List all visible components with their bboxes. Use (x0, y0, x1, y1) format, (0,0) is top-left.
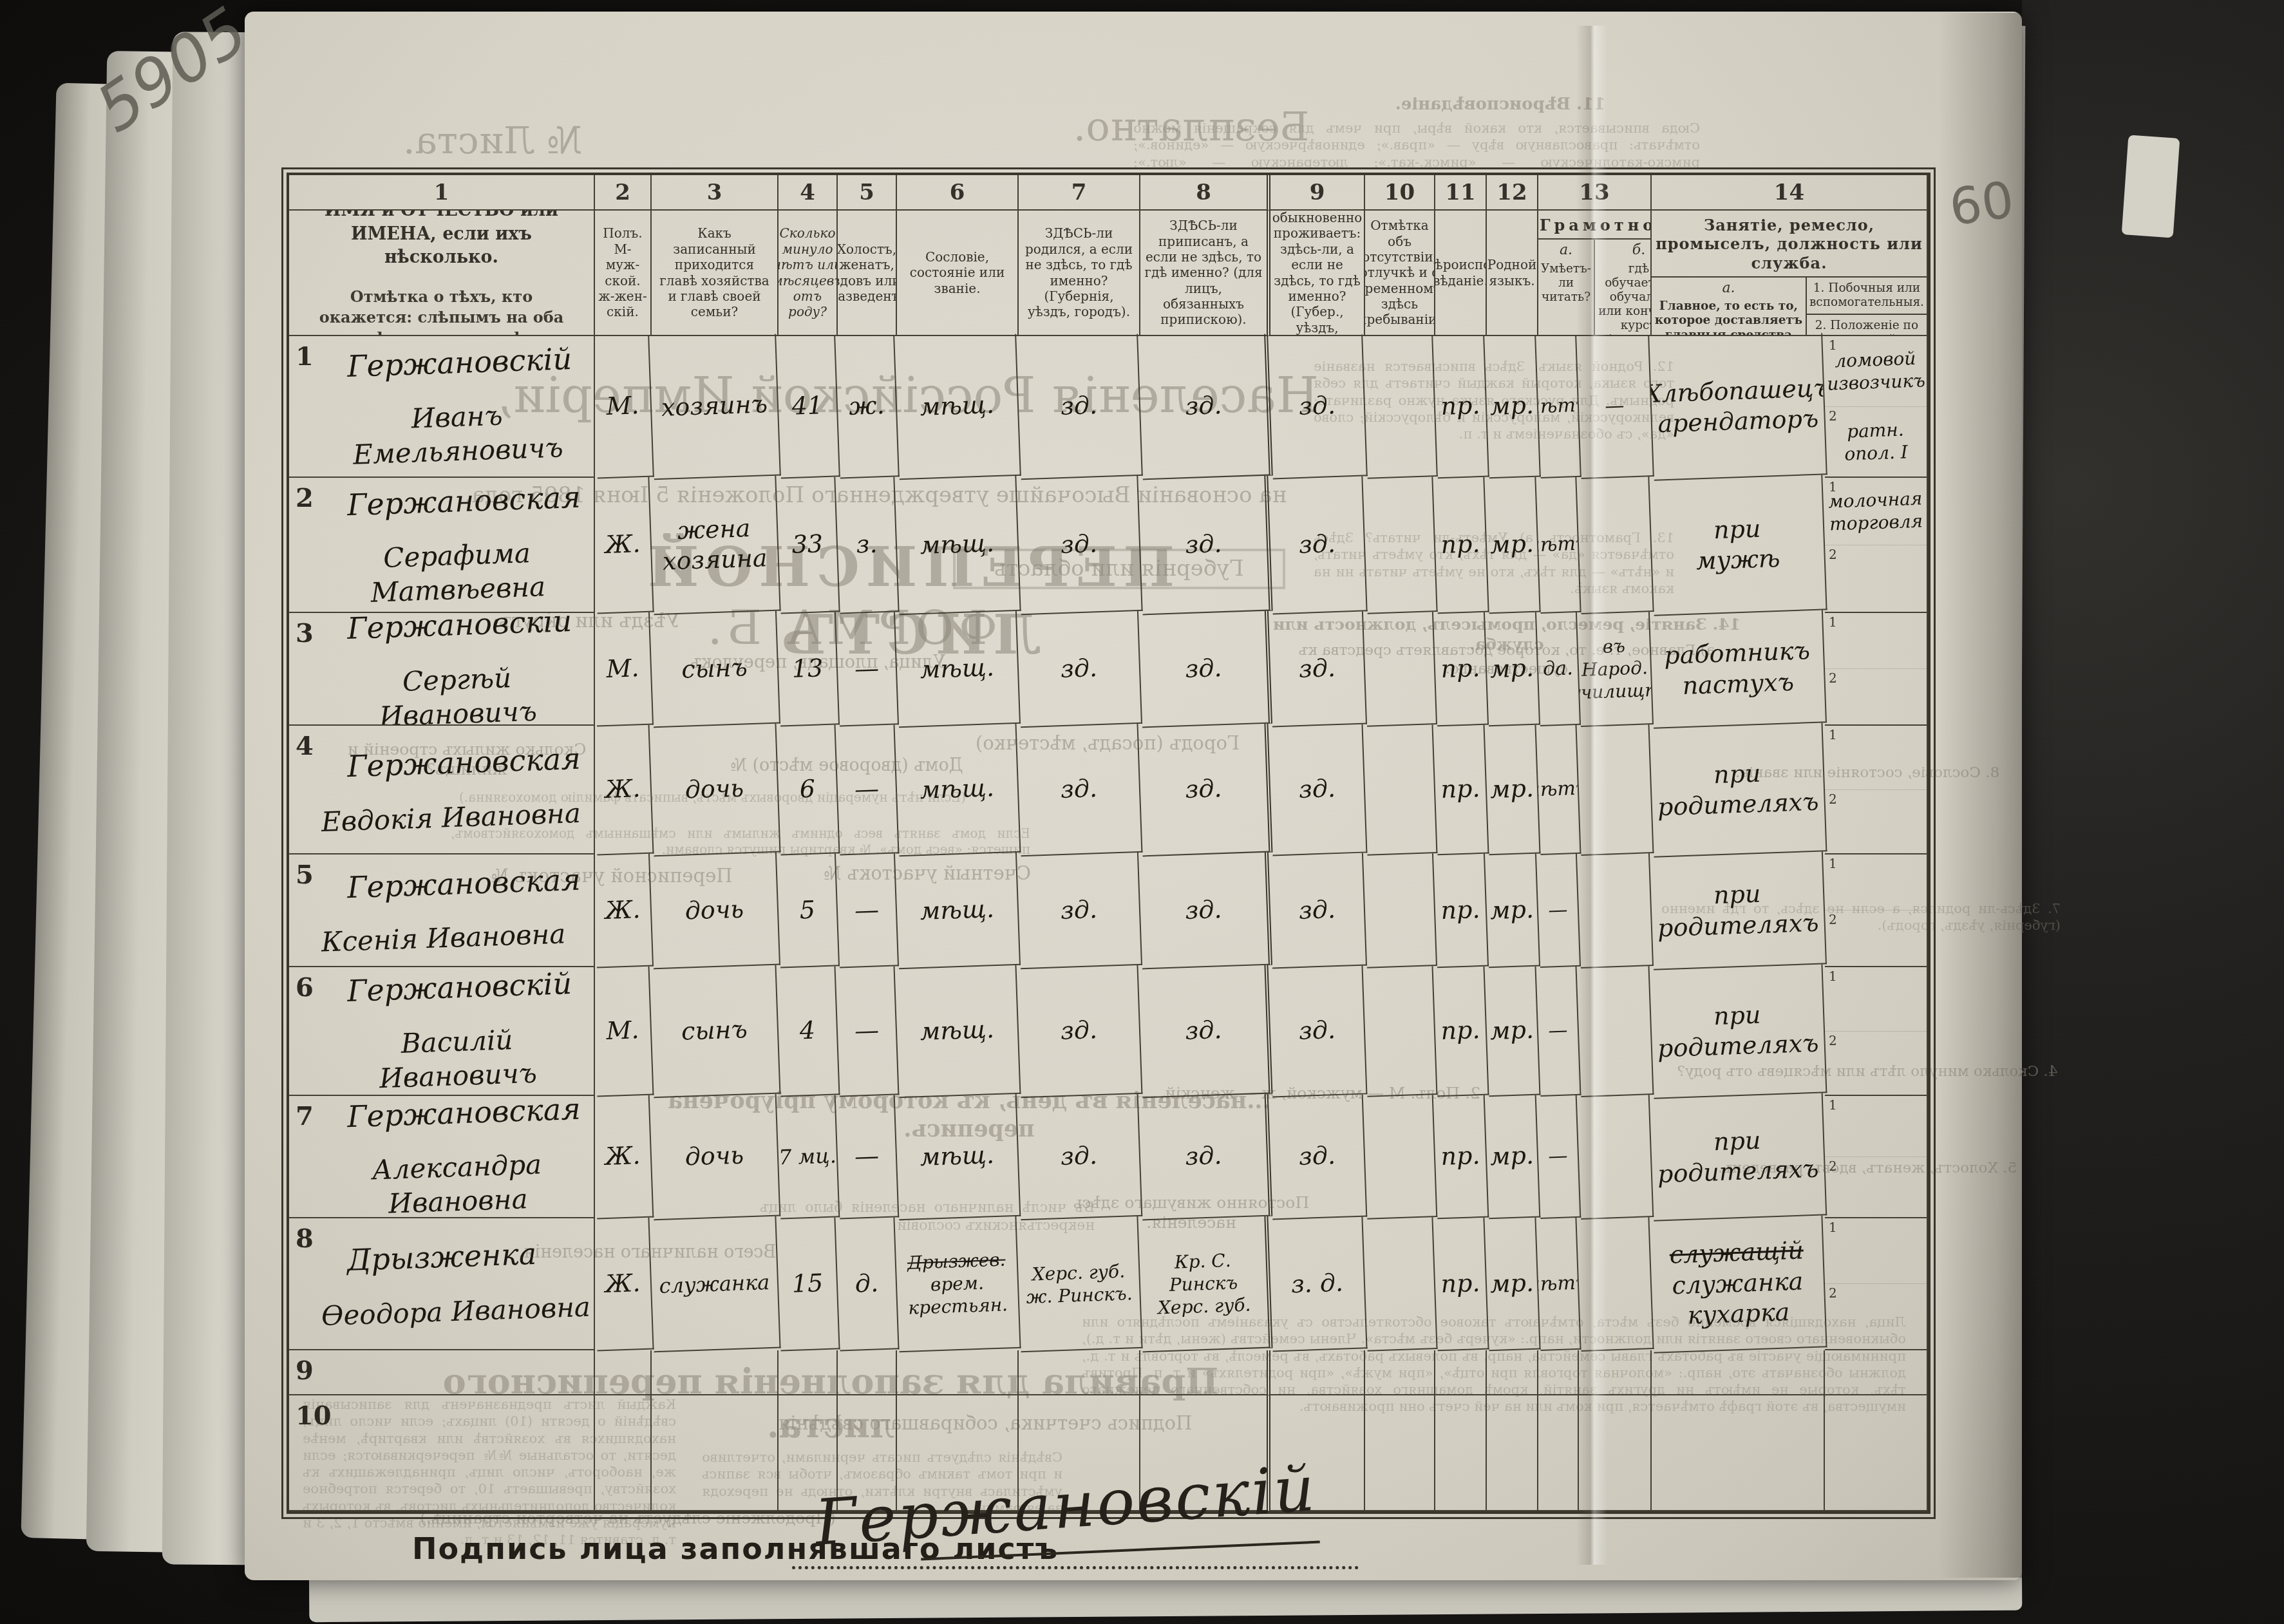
cell-marital-r8: д. (835, 1217, 899, 1351)
cell-age-r5: 5 (777, 853, 840, 968)
cell-side-occupation-r1: 1 ломовой извозчикъ 2 ратн. опол. I (1825, 336, 1928, 478)
cell-faith-r5: пр. (1433, 854, 1489, 968)
page-crease (1576, 26, 1607, 1565)
cell-marital-r4: — (836, 724, 900, 855)
cell-age-r2: 33 (776, 477, 840, 614)
row-number: 3 (296, 618, 314, 648)
surname: Гержановскій (346, 613, 572, 648)
cell-residence-r6: зд. (1269, 965, 1368, 1097)
header-birthplace: ЗДѢСЬ-ли родился, а если не здѣсь, то гд… (1019, 211, 1140, 336)
cell-name-r3: 3 Гержановскій Сергѣй Ивановичъ (289, 613, 595, 726)
estate-struck-out: Дрызжев. (907, 1248, 1005, 1274)
empty-cell (779, 1350, 838, 1395)
header-occupation-side: 1. Побочныя или вспомогательныя. 2. Поло… (1807, 278, 1927, 336)
empty-cell (1487, 1395, 1538, 1511)
col-number-5: 5 (838, 175, 897, 211)
cell-marital-r1: ж. (835, 335, 900, 478)
header-occupation-side2: 2. Положеніе по воинской повинности. (1807, 315, 1927, 336)
cell-registered-r4: зд. (1138, 724, 1273, 857)
cell-name-r10: 10 (289, 1395, 595, 1511)
header-occupation-main-letter: а. (1654, 280, 1803, 297)
sub-number-2: 2 (1829, 912, 1837, 927)
cell-residence-r4: зд. (1269, 724, 1368, 856)
empty-cell (838, 1350, 897, 1395)
cell-registered-r6: зд. (1138, 965, 1273, 1099)
surname: Дрызженка (346, 1235, 537, 1279)
cell-name-r9: 9 (289, 1350, 595, 1395)
empty-cell (595, 1350, 652, 1395)
empty-cell (1487, 1350, 1538, 1395)
cell-residence-r8: з. д. (1268, 1216, 1367, 1352)
cell-absence-r5 (1363, 853, 1437, 968)
cell-reads-r7: — (1536, 1095, 1581, 1219)
cell-residence-r7: зд. (1269, 1094, 1368, 1220)
cell-language-r8: мр. (1484, 1218, 1540, 1352)
cell-marital-r7: — (836, 1095, 900, 1219)
row-number: 1 (296, 341, 314, 372)
empty-cell (1365, 1350, 1435, 1395)
cell-absence-r4 (1363, 724, 1438, 856)
cell-registered-r5: зд. (1138, 853, 1272, 970)
cell-born-r1: зд. (1016, 334, 1143, 480)
cell-language-r5: мр. (1485, 854, 1540, 968)
header-occupation-group: Занятіе, ремесло, промыселъ, должность и… (1652, 211, 1928, 336)
cell-name-r4: 4 Гержановская Евдокія Ивановна (289, 726, 595, 854)
cell-residence-r5: зд. (1269, 853, 1367, 968)
row-number: 6 (296, 972, 314, 1003)
col-number-6: 6 (897, 175, 1019, 211)
cell-absence-r8 (1363, 1217, 1437, 1352)
given-name: Евдокія Ивановна (321, 796, 581, 839)
header-age: Сколько минуло лѣтъ или мѣсяцевъ отъ род… (779, 211, 838, 336)
cell-occupation-r6: при родителяхъ (1650, 964, 1827, 1099)
bleed-paragraph: Сюда вписывается, кто какой вѣры, при че… (1133, 120, 1700, 170)
cell-age-r1: 41 (776, 335, 840, 478)
cell-name-r7: 7 Гержановская Александра Ивановна (289, 1096, 595, 1218)
cell-estate-r4: мѣщ. (895, 724, 1021, 856)
header-faith: Вѣроиспо-вѣданіе. (1435, 211, 1487, 336)
cell-side-occupation-r8: 1 2 (1825, 1218, 1928, 1350)
col-number-8: 8 (1140, 175, 1270, 211)
col-number-4: 4 (779, 175, 838, 211)
given-name: Александра Ивановна (320, 1146, 594, 1218)
row-number: 2 (296, 483, 314, 513)
cell-born-r2: зд. (1016, 476, 1142, 615)
given-name: Серафима Матвѣевна (320, 534, 594, 612)
cell-registered-r1: зд. (1138, 334, 1273, 480)
cell-sex-r4: Ж. (593, 725, 654, 856)
header-sex: Полъ. М-муж- ской. ж-жен- скій. (595, 211, 652, 336)
occupation-value: служанка кухарка (1672, 1266, 1805, 1332)
cell-marital-r3: — (836, 612, 899, 726)
col-number-11: 11 (1435, 175, 1487, 211)
side-occupation: ломовой извозчикъ (1825, 347, 1927, 395)
cell-estate-r6: мѣщ. (895, 965, 1021, 1098)
signature-dotted-line (792, 1566, 1359, 1569)
cell-faith-r8: пр. (1433, 1218, 1489, 1352)
row-number: 9 (296, 1355, 314, 1386)
cell-estate-r5: мѣщ. (895, 853, 1021, 969)
cell-born-r5: зд. (1017, 853, 1142, 969)
header-language: Родной языкъ. (1487, 211, 1538, 336)
surname: Гержановскій (346, 341, 572, 386)
cell-faith-r1: пр. (1433, 335, 1489, 479)
empty-cell (1538, 1395, 1579, 1511)
cell-faith-r7: пр. (1433, 1095, 1489, 1220)
empty-cell (1652, 1350, 1825, 1395)
col-number-10: 10 (1365, 175, 1435, 211)
empty-cell (1652, 1395, 1825, 1511)
col-number-1: 1 (289, 175, 595, 211)
binding-gutter-shadow (1938, 13, 2022, 1578)
cell-reads-r3: да. (1536, 612, 1581, 726)
cell-sex-r8: Ж. (592, 1218, 654, 1352)
cell-language-r2: мр. (1484, 477, 1540, 614)
cell-age-r6: 4 (777, 966, 840, 1097)
paper-tab (2122, 135, 2180, 238)
empty-cell (1140, 1350, 1270, 1395)
cell-registered-r2: зд. (1138, 476, 1272, 616)
cell-side-occupation-r6: 1 2 (1825, 967, 1928, 1096)
cell-reads-r1: нѣтъ (1536, 335, 1581, 478)
empty-cell (897, 1350, 1019, 1395)
cell-language-r7: мр. (1485, 1095, 1541, 1220)
sub-number-2: 2 (1829, 1158, 1837, 1174)
cell-residence-r3: зд. (1269, 611, 1367, 727)
estate-value: врем. крестьян. (907, 1270, 1008, 1319)
cell-absence-r7 (1363, 1095, 1438, 1220)
row-number: 5 (296, 860, 314, 890)
header-occupation-side1: 1. Побочныя или вспомогательныя. (1807, 278, 1927, 315)
cell-sex-r7: Ж. (593, 1095, 654, 1220)
header-registration: ЗДѢСЬ-ли приписанъ, а если не здѣсь, то … (1140, 211, 1270, 336)
cell-side-occupation-r7: 1 2 (1825, 1096, 1928, 1218)
given-name: Василій Ивановичъ (320, 1021, 594, 1096)
surname: Гержановская (346, 1096, 581, 1136)
cell-residence-r1: зд. (1268, 335, 1368, 480)
leather-cover (2022, 0, 2284, 1624)
sub-number-1: 1 (1829, 1097, 1837, 1113)
sub-number-2: 2 (1829, 547, 1837, 562)
cell-registered-r8: Кр. С. Ринскъ Херс. губ. (1138, 1216, 1272, 1353)
empty-cell (1019, 1350, 1140, 1395)
census-table: 1 2 3 4 5 6 7 8 9 10 11 12 13 14 ФАМИЛІЯ… (287, 173, 1930, 1514)
cell-sex-r3: М. (593, 612, 654, 727)
col-number-9: 9 (1270, 175, 1365, 211)
header-name-line1: ФАМИЛІЯ (прозвище), ИМЯ и ОТЧЕСТВО или И… (303, 211, 580, 270)
cell-occupation-r1: Хлѣбопашецъ арендаторъ (1649, 333, 1827, 480)
sub-number-1: 1 (1829, 968, 1837, 984)
cell-born-r4: зд. (1017, 724, 1143, 856)
empty-cell (595, 1395, 652, 1511)
cell-estate-r2: мѣщ. (894, 476, 1021, 615)
surname: Гержановская (346, 861, 581, 906)
header-occupation-main-text: Главное, то есть то, которое доставляетъ… (1655, 299, 1802, 336)
empty-cell (1825, 1395, 1928, 1511)
cell-sex-r5: Ж. (593, 854, 654, 968)
cell-estate-r3: мѣщ. (895, 611, 1021, 728)
col-number-2: 2 (595, 175, 652, 211)
cell-marital-r5: — (836, 853, 899, 968)
cell-reads-r4: нѣтъ (1536, 725, 1581, 855)
cell-residence-r2: зд. (1268, 476, 1367, 614)
sub-number-2: 2 (1829, 1285, 1837, 1301)
scan-scene: Безплатно. № Листа. 11. Вѣроисповѣданіе.… (0, 0, 2284, 1624)
row-number: 8 (296, 1223, 314, 1254)
sub-number-2: 2 (1829, 670, 1837, 686)
cell-relation-r2: жена хозяина (649, 476, 780, 616)
col-number-7: 7 (1019, 175, 1140, 211)
empty-cell (1435, 1395, 1487, 1511)
cell-absence-r3 (1363, 612, 1437, 727)
empty-cell (1435, 1350, 1487, 1395)
given-name: Ксенія Ивановна (321, 917, 566, 959)
header-marital: Холостъ, женатъ, вдовъ или разведенъ. (838, 211, 897, 336)
header-occupation-title: Занятіе, ремесло, промыселъ, должность и… (1652, 211, 1927, 278)
pencil-page-number: 60 (1946, 171, 2017, 238)
cell-name-r1: 1 Гержановскій Иванъ Емельяновичъ (289, 336, 595, 478)
cell-estate-r1: мѣщ. (894, 334, 1021, 480)
cell-absence-r2 (1363, 477, 1437, 614)
cell-name-r8: 8 Дрызженка Ѳеодора Ивановна (289, 1218, 595, 1350)
row-number: 4 (296, 731, 314, 761)
header-absence: Отмѣтка объ отсутствіи, отлучкѣ и о врем… (1365, 211, 1435, 336)
cell-name-r6: 6 Гержановскій Василій Ивановичъ (289, 967, 595, 1096)
surname: Гержановская (346, 741, 581, 786)
empty-cell (652, 1395, 779, 1511)
header-relation: Какъ записанный приходится главѣ хозяйст… (652, 211, 779, 336)
cell-language-r1: мр. (1484, 335, 1541, 479)
cell-relation-r3: сынъ (650, 611, 780, 728)
military-status: ратн. опол. I (1825, 417, 1927, 466)
cell-occupation-r8: служащій служанка кухарка (1650, 1215, 1827, 1353)
empty-cell (1825, 1350, 1928, 1395)
given-name: Иванъ Емельяновичъ (320, 396, 594, 473)
cell-age-r7: 7 мц. (777, 1095, 840, 1219)
col-number-3: 3 (652, 175, 779, 211)
bleed-text: № Листа. (380, 117, 605, 164)
cell-marital-r6: — (836, 966, 900, 1097)
col-number-14: 14 (1652, 175, 1928, 211)
cell-faith-r6: пр. (1433, 967, 1489, 1097)
sub-number-1: 1 (1829, 856, 1837, 871)
cell-sex-r1: М. (592, 335, 654, 479)
cell-born-r7: зд. (1017, 1094, 1143, 1220)
cell-age-r3: 13 (777, 612, 840, 726)
empty-cell (1365, 1395, 1435, 1511)
surname: Гержановская (346, 478, 581, 524)
sub-number-1: 1 (1829, 1220, 1837, 1235)
cell-occupation-r2: при мужѣ (1649, 475, 1827, 616)
col-number-12: 12 (1487, 175, 1538, 211)
cell-registered-r3: зд. (1138, 611, 1272, 728)
cell-sex-r6: М. (593, 967, 654, 1097)
cell-estate-r8: Дрызжев. врем. крестьян. (894, 1216, 1021, 1352)
cell-faith-r3: пр. (1433, 612, 1489, 727)
cell-relation-r1: хозяинъ (649, 334, 781, 480)
cell-side-occupation-r5: 1 2 (1825, 854, 1928, 967)
side-occupation: молочная торговля (1825, 487, 1927, 535)
bleed-text: 11. Вѣроисповѣданіе. (1333, 94, 1668, 115)
cell-occupation-r4: при родителяхъ (1650, 722, 1827, 857)
cell-absence-r6 (1363, 966, 1438, 1097)
cell-reads-r8: нѣтъ (1536, 1218, 1581, 1351)
given-name: Сергѣй Ивановичъ (320, 658, 594, 726)
cell-occupation-r3: работникъ пастухъ (1650, 610, 1827, 728)
cell-marital-r2: з. (835, 477, 899, 614)
empty-cell (1538, 1350, 1579, 1395)
cell-language-r6: мр. (1485, 967, 1541, 1097)
cell-name-r5: 5 Гержановская Ксенія Ивановна (289, 854, 595, 967)
cell-reads-r5: — (1536, 854, 1581, 968)
sub-number-2: 2 (1829, 1033, 1837, 1048)
cell-reads-r2: нѣтъ (1536, 477, 1581, 614)
cell-language-r4: мр. (1485, 725, 1541, 856)
sub-number-1: 1 (1829, 614, 1837, 630)
cell-born-r3: зд. (1017, 611, 1142, 728)
empty-cell (652, 1350, 779, 1395)
cell-side-occupation-r2: 1 молочная торговля 2 (1825, 478, 1928, 613)
cell-estate-r7: мѣщ. (895, 1094, 1021, 1220)
cell-reads-r6: — (1536, 967, 1581, 1097)
cell-born-r8: Херс. губ. ж. Ринскъ. (1016, 1216, 1142, 1352)
header-estate: Сословіе, состояніе или званіе. (897, 211, 1019, 336)
header-name-line2: Отмѣтка о тѣхъ, кто окажется: слѣпымъ на… (303, 287, 580, 336)
cell-relation-r7: дочь (650, 1094, 781, 1221)
occupation-struck-out: служащій (1669, 1236, 1804, 1271)
cell-occupation-r7: при родителяхъ (1650, 1093, 1827, 1221)
cell-faith-r2: пр. (1433, 477, 1489, 614)
row-number: 10 (296, 1401, 332, 1431)
sub-number-2: 2 (1829, 791, 1837, 807)
cell-age-r8: 15 (776, 1217, 840, 1351)
cell-registered-r7: зд. (1138, 1094, 1273, 1221)
cell-relation-r6: сынъ (650, 965, 781, 1099)
cell-relation-r5: дочь (650, 853, 780, 970)
cell-name-r2: 2 Гержановская Серафима Матвѣевна (289, 478, 595, 613)
sub-number-1: 1 (1829, 727, 1837, 742)
cell-born-r6: зд. (1017, 965, 1143, 1098)
cell-side-occupation-r3: 1 2 (1825, 613, 1928, 726)
header-residence: Гдѣ обыкновенно проживаетъ: здѣсь-ли, а … (1270, 211, 1365, 336)
cell-absence-r1 (1363, 335, 1438, 479)
cell-relation-r4: дочь (650, 724, 781, 857)
cell-language-r3: мр. (1485, 612, 1540, 727)
cell-occupation-r5: при родителяхъ (1650, 851, 1827, 970)
row-number: 7 (296, 1101, 314, 1131)
header-name-column: ФАМИЛІЯ (прозвище), ИМЯ и ОТЧЕСТВО или И… (289, 211, 595, 336)
surname: Гержановскій (346, 967, 572, 1010)
cell-side-occupation-r4: 1 2 (1825, 726, 1928, 854)
header-occupation-main: а. Главное, то есть то, которое доставля… (1652, 278, 1807, 336)
empty-cell (1270, 1350, 1365, 1395)
cell-faith-r4: пр. (1433, 725, 1489, 856)
cell-sex-r2: Ж. (592, 477, 654, 614)
cell-age-r4: 6 (777, 724, 840, 855)
cell-relation-r8: служанка (649, 1216, 780, 1353)
given-name: Ѳеодора Ивановна (321, 1290, 591, 1334)
